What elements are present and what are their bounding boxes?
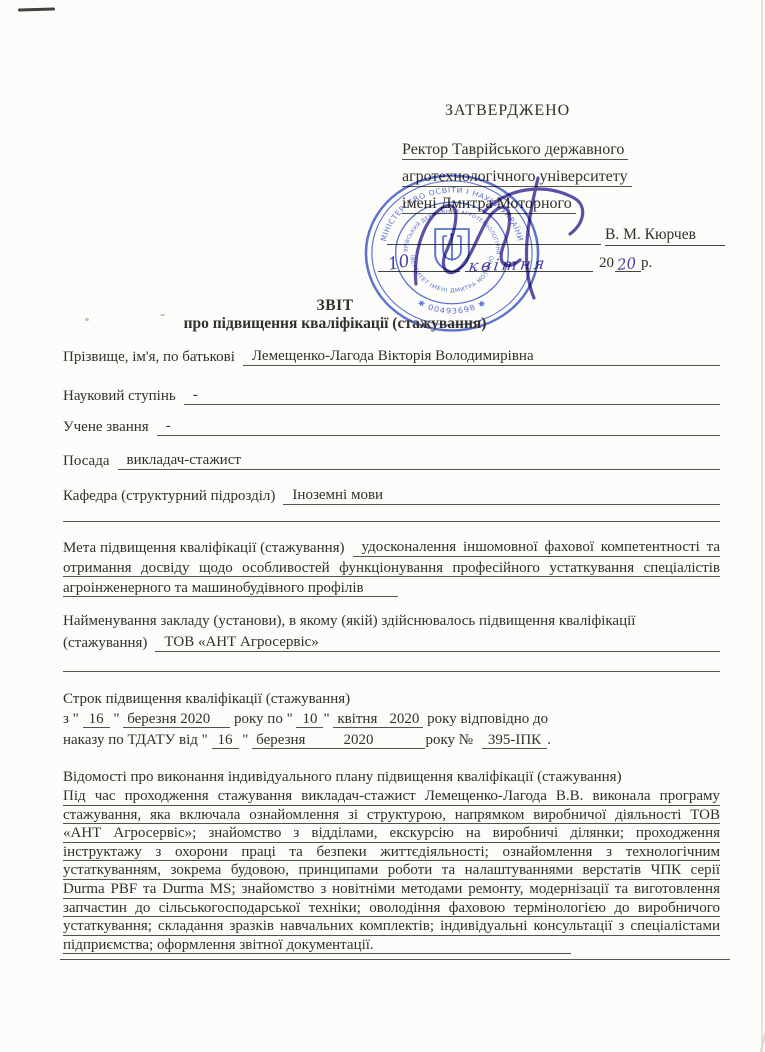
scan-artifact-dash <box>18 8 55 12</box>
field-label: Прізвище, ім'я, по батькові <box>63 348 243 366</box>
details-line: «АНТ Агросервіс»; знайомство з відділами… <box>63 824 720 843</box>
term-to-month-year: квітня2020 <box>333 711 423 728</box>
report-subtitle: про підвищення кваліфікації (стажування) <box>63 315 607 333</box>
term-text: року № <box>425 732 476 748</box>
term-text: наказу по ТДАТУ від " <box>63 732 212 748</box>
details-line: запчастин до сільськогосподарської техні… <box>63 899 720 918</box>
field-value: Іноземні мови <box>283 486 720 505</box>
field-value: - <box>157 417 720 436</box>
details-heading: Відомості про виконання індивідуального … <box>63 769 720 786</box>
field-label: Науковий ступінь <box>63 387 184 405</box>
approver-line: Ректор Таврійського державного <box>402 141 632 160</box>
details-line: стажування, яка включала ознайомлення зі… <box>63 806 720 825</box>
date-suffix: р. <box>641 254 652 272</box>
field-position: Посада викладач-стажист <box>63 452 720 470</box>
institution-value: ТОВ «АНТ Агросервіс» <box>155 633 720 652</box>
date-year-blank: 20 <box>615 252 641 272</box>
term-to-month: квітня <box>337 711 377 727</box>
details-paragraph: Під час проходження стажування викладач-… <box>63 787 720 954</box>
field-rank: Учене звання - <box>63 418 720 436</box>
handwritten-year: 20 <box>616 254 637 274</box>
empty-rule-line <box>60 943 730 960</box>
signer-name: В. М. Кюрчев <box>605 226 725 246</box>
field-value: Лемещенко-Лагода Вікторія Володимирівна <box>243 347 720 366</box>
details-line: устаткування; складання зразків навчальн… <box>63 917 720 936</box>
purpose-value-line2: отримання досвіду щодо особливостей функ… <box>63 560 720 577</box>
term-from-day: 16 <box>83 711 110 728</box>
order-month: березня <box>256 732 305 748</box>
term-to-day: 10 <box>296 711 323 728</box>
signer-name-text: В. М. Кюрчев <box>605 226 725 246</box>
rector-signature-icon <box>398 172 608 312</box>
term-text: року відповідно до <box>423 711 548 727</box>
field-full-name: Прізвище, ім'я, по батькові Лемещенко-Ла… <box>63 348 720 366</box>
approved-label: ЗАТВЕРДЖЕНО <box>402 102 632 120</box>
details-line: інструктажу з охорони праці та безпеки ж… <box>63 843 720 862</box>
term-heading: Строк підвищення кваліфікації (стажуванн… <box>63 691 720 708</box>
field-department: Кафедра (структурний підрозділ) Іноземні… <box>63 487 720 505</box>
order-year: 2020 <box>343 732 373 748</box>
institution-label: Найменування закладу (установи), в якому… <box>63 613 720 630</box>
term-text: " <box>323 711 333 727</box>
details-line: Під час проходження стажування викладач-… <box>63 787 720 806</box>
field-label: Учене звання <box>63 418 157 436</box>
field-purpose: Мета підвищення кваліфікації (стажування… <box>63 539 720 557</box>
term-text: з " <box>63 711 83 727</box>
purpose-value-line3: агроінженерного та машинобудівного профі… <box>63 580 398 597</box>
order-day: 16 <box>212 732 239 749</box>
field-label: Посада <box>63 452 118 470</box>
term-from-month-year: березня 2020 <box>123 711 230 728</box>
field-label: Кафедра (структурний підрозділ) <box>63 487 283 505</box>
field-value: - <box>184 386 720 405</box>
term-line2: наказу по ТДАТУ від " 16 " березня2020ро… <box>63 732 720 749</box>
field-label: Мета підвищення кваліфікації (стажування… <box>63 539 353 557</box>
term-to-year: 2020 <box>389 711 419 727</box>
term-line1: з " 16 " березня 2020 року по " 10" квіт… <box>63 711 720 728</box>
details-line: Durma PBF та Durma MS; знайомство з нові… <box>63 880 720 899</box>
field-institution: (стажування) ТОВ «АНТ Агросервіс» <box>63 634 720 652</box>
empty-rule-line <box>63 505 720 522</box>
term-text: року по " <box>230 711 296 727</box>
report-title: ЗВІТ <box>63 297 607 315</box>
field-label: (стажування) <box>63 634 155 652</box>
order-month-year: березня2020 <box>252 732 425 749</box>
purpose-value-line1: удосконалення іншомовної фахової компете… <box>353 538 720 557</box>
term-text: " <box>110 711 124 727</box>
empty-rule-line <box>63 655 720 672</box>
term-text: " <box>239 732 253 748</box>
order-number: 395-ІПК <box>482 732 547 749</box>
term-text: . <box>547 732 551 748</box>
details-line: устаткуванням, зокрема будовою, принципа… <box>63 861 720 880</box>
field-degree: Науковий ступінь - <box>63 387 720 405</box>
field-value: викладач-стажист <box>118 451 721 470</box>
scan-edge-line <box>761 0 763 1052</box>
approver-line-text: Ректор Таврійського державного <box>402 141 628 160</box>
scanned-report-page: ЗАТВЕРДЖЕНО Ректор Таврійського державно… <box>0 0 765 1052</box>
